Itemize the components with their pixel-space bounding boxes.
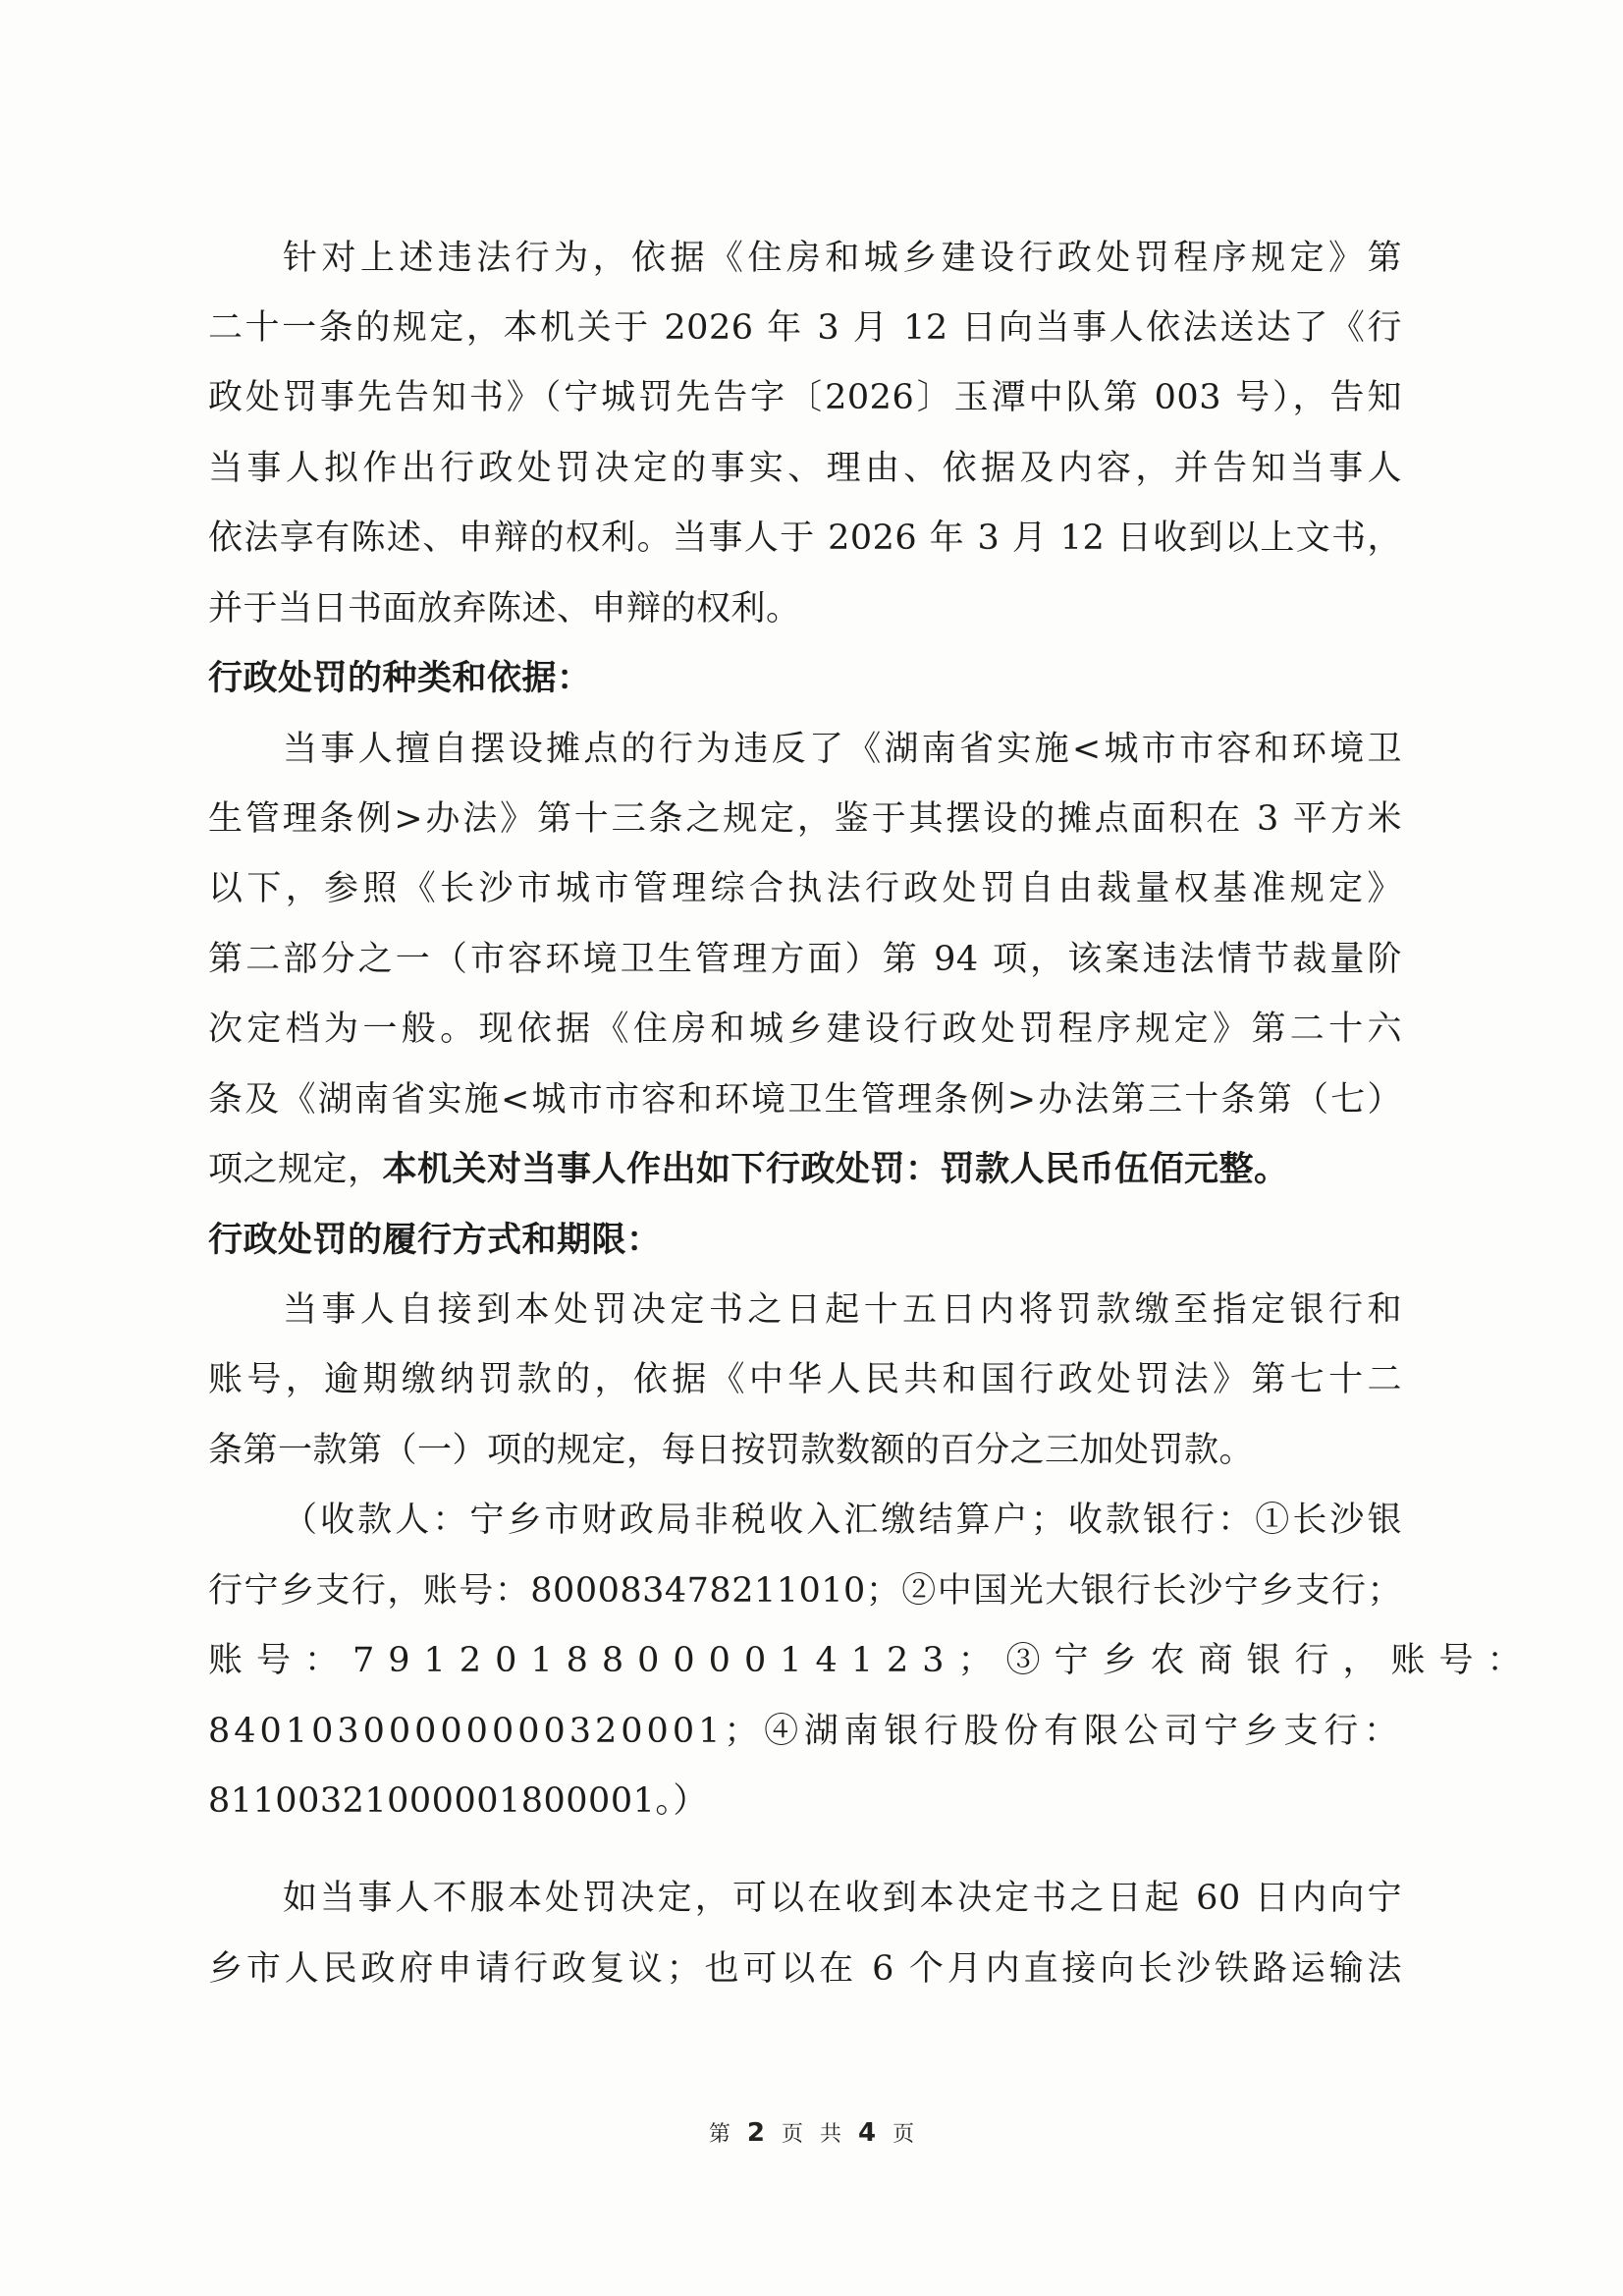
paragraph-2-line-6: 条及《湖南省实施<城市市容和环境卫生管理条例>办法第三十条第（七） <box>208 1075 1402 1124</box>
paragraph-1-line-1: 针对上述违法行为，依据《住房和城乡建设行政处罚程序规定》第 <box>283 234 1402 283</box>
section-heading-penalty-type: 行政处罚的种类和依据： <box>208 654 1402 703</box>
payment-info-line-2: 行宁乡支行，账号：800083478211010；②中国光大银行长沙宁乡支行； <box>208 1566 1402 1615</box>
paragraph-1-line-2: 二十一条的规定，本机关于 2026 年 3 月 12 日向当事人依法送达了《行 <box>208 303 1402 353</box>
paragraph-3-line-2: 账号，逾期缴纳罚款的，依据《中华人民共和国行政处罚法》第七十二 <box>208 1355 1402 1404</box>
paragraph-5-line-1: 如当事人不服本处罚决定，可以在收到本决定书之日起 60 日内向宁 <box>283 1874 1402 1923</box>
page-word: 页 <box>782 2122 803 2147</box>
page-number-footer: 第 2 页 共 4 页 <box>0 2117 1623 2148</box>
penalty-decision-text: 本机关对当事人作出如下行政处罚：罚款人民币伍佰元整。 <box>383 1149 1289 1189</box>
paragraph-2-line-5: 次定档为一般。现依据《住房和城乡建设行政处罚程序规定》第二十六 <box>208 1005 1402 1054</box>
paragraph-1-line-3: 政处罚事先告知书》（宁城罚先告字〔2026〕玉潭中队第 003 号），告知 <box>208 373 1402 422</box>
paragraph-1-line-6: 并于当日书面放弃陈述、申辩的权利。 <box>208 584 1402 633</box>
document-page: 针对上述违法行为，依据《住房和城乡建设行政处罚程序规定》第 二十一条的规定，本机… <box>0 0 1623 2296</box>
payment-info-line-5: 81100321000001800001。） <box>208 1777 1402 1826</box>
paragraph-2-line-1: 当事人擅自摆设摊点的行为违反了《湖南省实施<城市市容和环境卫 <box>283 725 1402 774</box>
payment-info-line-4: 84010300000000320001；④湖南银行股份有限公司宁乡支行： <box>208 1707 1402 1756</box>
total-word: 共 <box>820 2122 841 2147</box>
page-prefix: 第 <box>709 2122 730 2147</box>
payment-info-line-3: 账号：79120188000014123；③宁乡农商银行，账号： <box>208 1636 1402 1685</box>
page-suffix: 页 <box>893 2122 914 2147</box>
paragraph-2-line-7: 项之规定，本机关对当事人作出如下行政处罚：罚款人民币伍佰元整。 <box>208 1145 1402 1194</box>
paragraph-2-line-2: 生管理条例>办法》第十三条之规定，鉴于其摆设的摊点面积在 3 平方米 <box>208 794 1402 844</box>
paragraph-2-line-4: 第二部分之一（市容环境卫生管理方面）第 94 项，该案违法情节裁量阶 <box>208 935 1402 984</box>
paragraph-2-line-3: 以下，参照《长沙市城市管理综合执法行政处罚自由裁量权基准规定》 <box>208 864 1402 913</box>
current-page-number: 2 <box>747 2118 765 2148</box>
section-heading-performance: 行政处罚的履行方式和期限： <box>208 1216 1402 1265</box>
paragraph-3-line-3: 条第一款第（一）项的规定，每日按罚款数额的百分之三加处罚款。 <box>208 1426 1402 1475</box>
paragraph-1-line-5: 依法享有陈述、申辩的权利。当事人于 2026 年 3 月 12 日收到以上文书， <box>208 514 1402 563</box>
paragraph-1-line-4: 当事人拟作出行政处罚决定的事实、理由、依据及内容，并告知当事人 <box>208 444 1402 493</box>
paragraph-5-line-2: 乡市人民政府申请行政复议；也可以在 6 个月内直接向长沙铁路运输法 <box>208 1944 1402 1994</box>
paragraph-3-line-1: 当事人自接到本处罚决定书之日起十五日内将罚款缴至指定银行和 <box>283 1285 1402 1335</box>
total-pages-number: 4 <box>858 2118 876 2148</box>
penalty-basis-text: 项之规定， <box>208 1150 383 1189</box>
payment-info-line-1: （收款人：宁乡市财政局非税收入汇缴结算户；收款银行：①长沙银 <box>283 1496 1402 1545</box>
